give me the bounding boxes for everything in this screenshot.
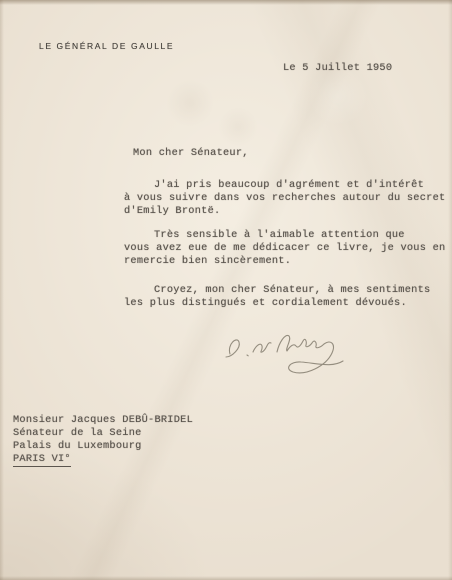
body-line: Croyez, mon cher Sénateur, à mes sentime… [124,284,430,297]
recipient-city-underlined: PARIS VI° [13,453,71,467]
recipient-title: Sénateur de la Seine [13,427,193,440]
date-line: Le 5 Juillet 1950 [283,62,392,75]
body-line: Très sensible à l'aimable attention que [124,229,445,242]
recipient-name: Monsieur Jacques DEBÛ-BRIDEL [13,414,193,427]
paragraph-1: J'ai pris beaucoup d'agrément et d'intér… [124,179,445,218]
body-line: d'Emily Brontë. [124,205,445,218]
body-line: les plus distingués et cordialement dévo… [124,297,430,310]
recipient-address: Palais du Luxembourg [13,440,193,453]
salutation: Mon cher Sénateur, [133,147,249,160]
signature-handwriting [192,331,357,383]
body-line: remercie bien sincèrement. [124,255,445,268]
paragraph-2: Très sensible à l'aimable attention que … [124,229,445,268]
paragraph-3: Croyez, mon cher Sénateur, à mes sentime… [124,284,430,310]
recipient-block: Monsieur Jacques DEBÛ-BRIDEL Sénateur de… [13,414,193,467]
letterhead: LE GÉNÉRAL DE GAULLE [39,41,174,51]
body-line: J'ai pris beaucoup d'agrément et d'intér… [124,179,445,192]
body-line: vous avez eue de me dédicacer ce livre, … [124,242,445,255]
body-line: à vous suivre dans vos recherches autour… [124,192,445,205]
letter-page: LE GÉNÉRAL DE GAULLE Le 5 Juillet 1950 M… [0,0,452,580]
recipient-city: PARIS VI° [13,453,193,467]
